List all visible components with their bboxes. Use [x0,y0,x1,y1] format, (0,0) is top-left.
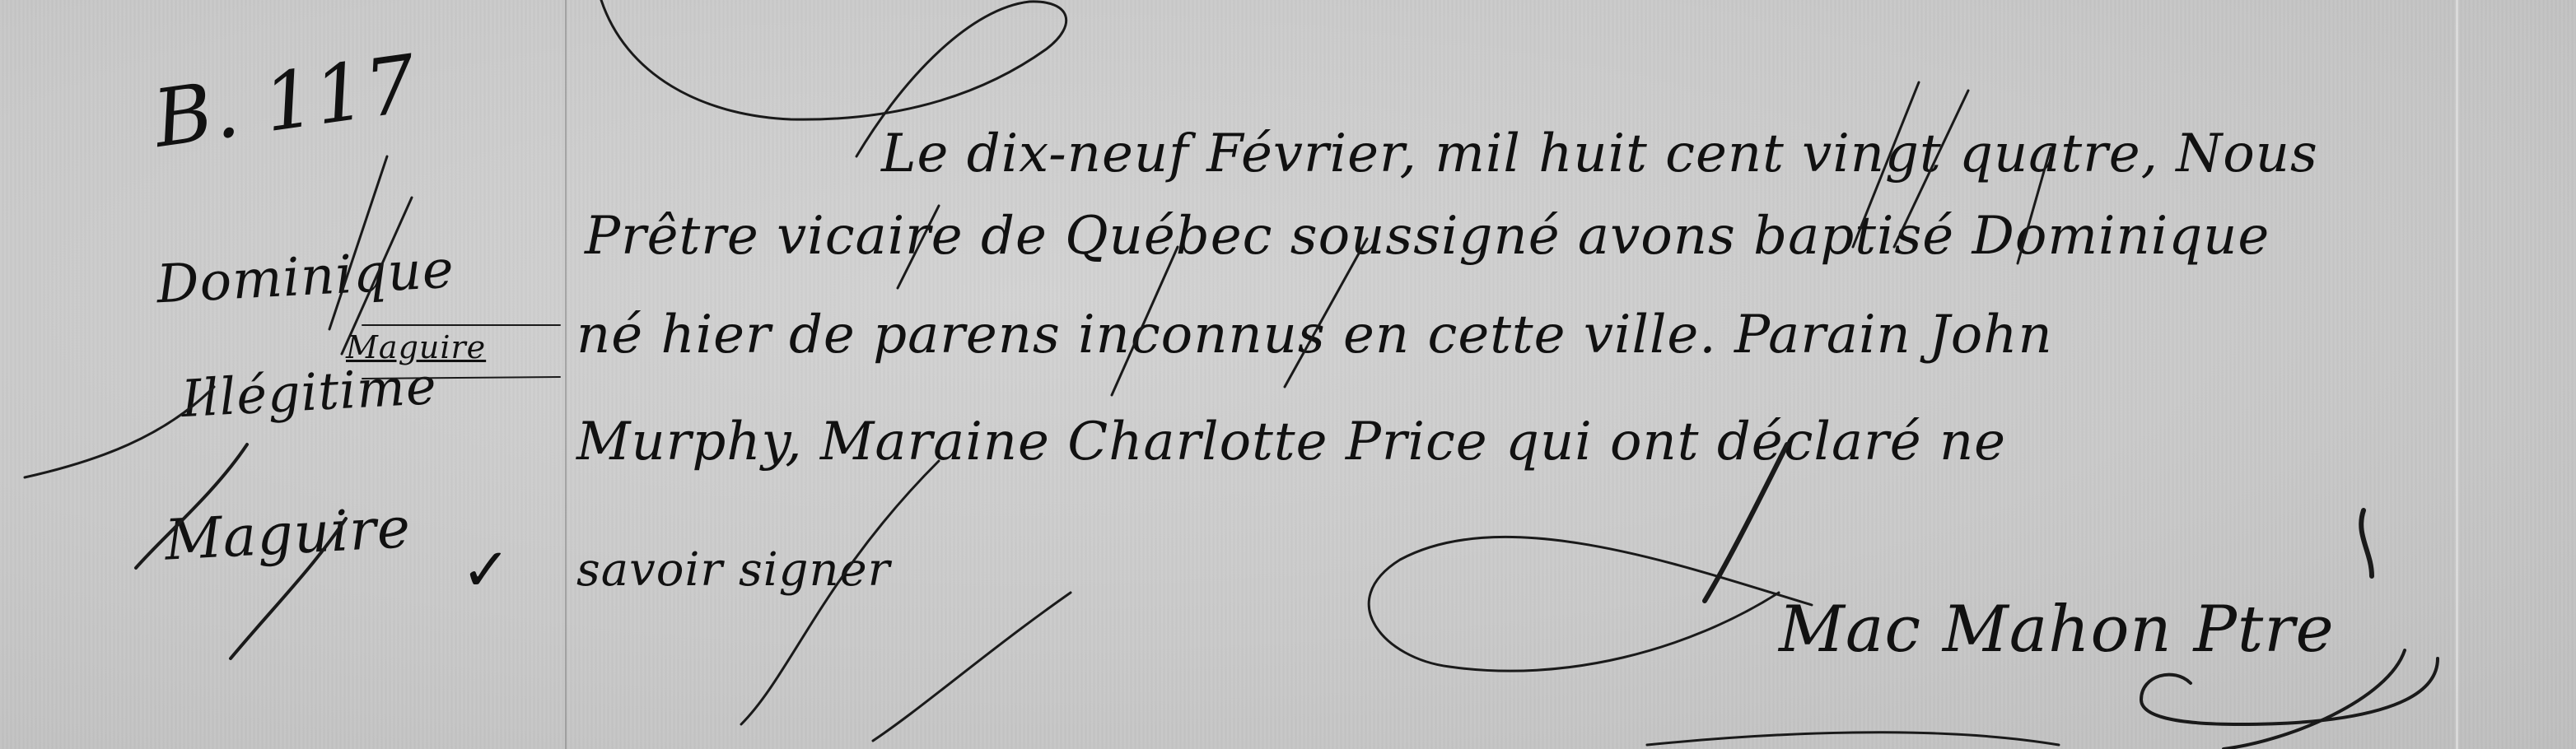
margin-rule [565,0,567,749]
body-line-2: Prêtre vicaire de Québec soussigné avons… [585,206,2270,267]
margin-given-name: Dominique [155,240,455,316]
body-line-3: né hier de parens inconnus en cette vill… [576,305,2053,365]
page-edge-line [2456,0,2458,749]
body-line-1: Le dix-neuf Février, mil huit cent vingt… [881,123,2318,184]
margin-surname: Maguire [163,495,413,574]
check-mark-icon: ✓ [461,535,511,604]
register-page: B. 117 Dominique Maguire Illégitime Magu… [0,0,2576,749]
body-line-5: savoir signer [576,543,890,597]
margin-legitimacy-status: Illégitime [180,356,438,429]
body-line-4: Murphy, Maraine Charlotte Price qui ont … [576,412,2006,472]
priest-signature: Mac Mahon Ptre [1779,593,2335,667]
entry-number: B. 117 [148,37,422,165]
